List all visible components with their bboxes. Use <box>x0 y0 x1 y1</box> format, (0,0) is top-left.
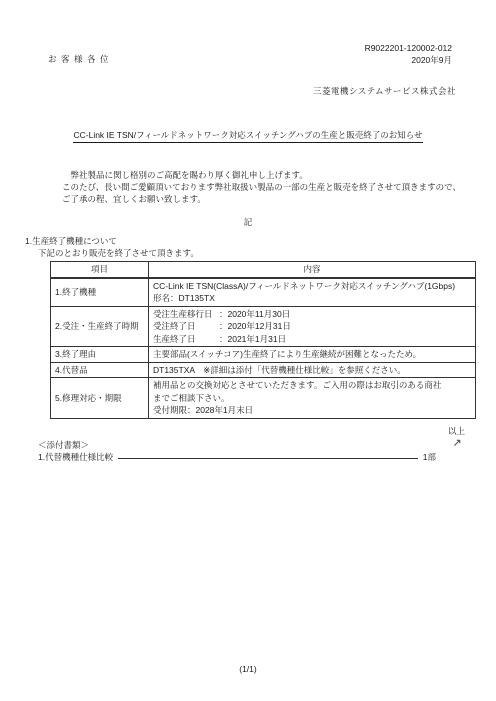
spec-table: 項目 内容 1.終了機種 CC-Link IE TSN(ClassA)/フィール… <box>50 261 476 419</box>
attachment-count: 1部 <box>423 451 436 463</box>
item-cell: 5.修理対応・期限 <box>51 378 149 419</box>
table-row: 5.修理対応・期限 補用品との交換対応とさせていただきます。ご入用の際はお取引の… <box>51 378 476 419</box>
date-value: ：2021年1月31日 <box>219 334 286 344</box>
item-cell: 4.代替品 <box>51 362 149 378</box>
date-label: 受注生産移行日 <box>153 308 219 321</box>
recipient-line: お客様各位 <box>48 53 113 65</box>
content-line: 補用品との交換対応とさせていただきます。ご入用の際はお取引のある商社 <box>153 379 471 392</box>
paragraph-line: 弊社製品に関し格別のご高配を賜わり厚く御礼申し上げます。 <box>62 169 468 181</box>
page-number: (1/1) <box>0 663 496 675</box>
date-value: ：2020年12月31日 <box>219 321 291 331</box>
section-1: 1.生産終了機種について 下記のとおり販売を終了させて頂きます。 <box>25 235 496 259</box>
title-wrap: CC-Link IE TSN/フィールドネットワーク対応スイッチングハブの生産と… <box>0 129 496 143</box>
leader-line <box>118 457 418 459</box>
date-value: ：2020年11月30日 <box>219 309 290 319</box>
paragraph-line: ご了承の程、宜しくお願い致します。 <box>62 193 468 205</box>
section-subheading: 下記のとおり販売を終了させて頂きます。 <box>38 247 496 259</box>
document-header: R9022201-120002-012 2020年9月 お客様各位 <box>0 0 452 66</box>
paragraph-line: このたび、長い間ご愛顧頂いております弊社取扱い製品の一部の生産と販売を終了させて… <box>62 181 468 193</box>
table-row: 3.終了理由 主要部品(スイッチコア)生産終了により生産継続が困難となったため。 <box>51 347 476 363</box>
content-line: 主要部品(スイッチコア)生産終了により生産継続が困難となったため。 <box>153 348 471 361</box>
attachment-item: 1.代替機種仕様比較 1部 <box>38 451 436 463</box>
company-name: 三菱電機システムサービス株式会社 <box>0 85 456 97</box>
content-line: までご相談下さい。 <box>153 392 471 405</box>
attachments-section: ＜添付書類＞ 1.代替機種仕様比較 1部 <box>38 439 436 463</box>
document-page: R9022201-120002-012 2020年9月 お客様各位 三菱電機シス… <box>0 0 496 701</box>
record-mark: 記 <box>0 216 496 228</box>
attachments-heading: ＜添付書類＞ <box>38 439 436 451</box>
content-cell: DT135TXA ※詳細は添付「代替機種仕様比較」を参照ください。 <box>149 362 476 378</box>
date-line: 生産終了日：2021年1月31日 <box>153 333 471 346</box>
date-line: 受注終了日：2020年12月31日 <box>153 320 471 333</box>
content-line: 受付期限：2028年1月末日 <box>153 404 471 417</box>
content-cell: 受注生産移行日：2020年11月30日 受注終了日：2020年12月31日 生産… <box>149 306 476 347</box>
greeting-paragraph: 弊社製品に関し格別のご高配を賜わり厚く御礼申し上げます。 このたび、長い間ご愛顧… <box>62 169 468 205</box>
table-header-content: 内容 <box>149 262 476 278</box>
content-line: DT135TXA ※詳細は添付「代替機種仕様比較」を参照ください。 <box>153 364 471 377</box>
date-label: 受注終了日 <box>153 320 219 333</box>
content-line: CC-Link IE TSN(ClassA)/フィールドネットワーク対応スイッチ… <box>153 280 471 293</box>
table-row: 2.受注・生産終了時期 受注生産移行日：2020年11月30日 受注終了日：20… <box>51 306 476 347</box>
content-cell: 補用品との交換対応とさせていただきます。ご入用の際はお取引のある商社 までご相談… <box>149 378 476 419</box>
table-header-row: 項目 内容 <box>51 262 476 278</box>
table-row: 1.終了機種 CC-Link IE TSN(ClassA)/フィールドネットワー… <box>51 278 476 307</box>
content-cell: CC-Link IE TSN(ClassA)/フィールドネットワーク対応スイッチ… <box>149 278 476 307</box>
table-header-item: 項目 <box>51 262 149 278</box>
attachment-label: 1.代替機種仕様比較 <box>38 451 113 463</box>
closing-mark: 以上 <box>0 425 465 437</box>
content-cell: 主要部品(スイッチコア)生産終了により生産継続が困難となったため。 <box>149 347 476 363</box>
table-row: 4.代替品 DT135TXA ※詳細は添付「代替機種仕様比較」を参照ください。 <box>51 362 476 378</box>
page-title: CC-Link IE TSN/フィールドネットワーク対応スイッチングハブの生産と… <box>73 129 422 143</box>
date-line: 受注生産移行日：2020年11月30日 <box>153 308 471 321</box>
ne-arrow-cursor-icon <box>452 437 462 447</box>
date-label: 生産終了日 <box>153 333 219 346</box>
item-cell: 2.受注・生産終了時期 <box>51 306 149 347</box>
content-line: 形名：DT135TX <box>153 292 471 305</box>
section-heading: 1.生産終了機種について <box>25 235 496 247</box>
item-cell: 3.終了理由 <box>51 347 149 363</box>
item-cell: 1.終了機種 <box>51 278 149 307</box>
